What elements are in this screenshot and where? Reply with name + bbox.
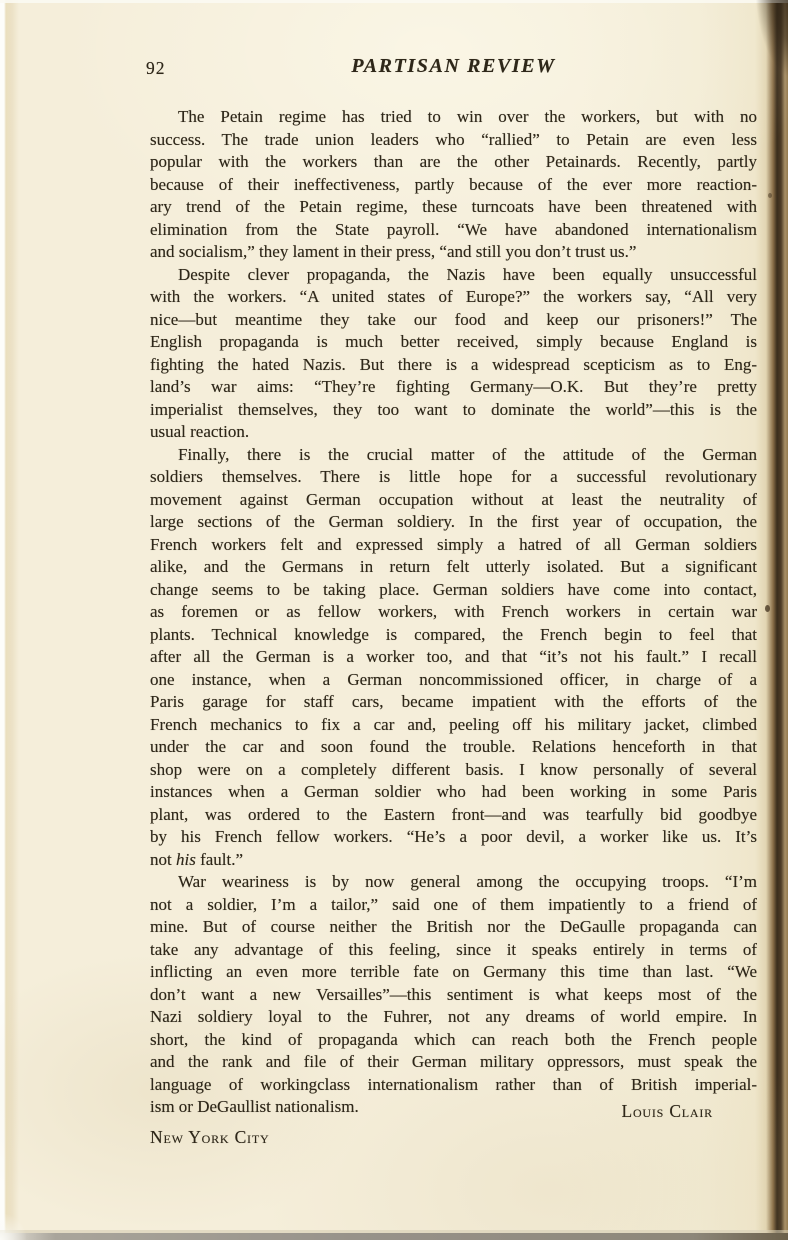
- paragraph-line: one instance, when a German noncommissio…: [150, 669, 757, 692]
- paragraph: The Petain regime has tried to win over …: [150, 106, 757, 264]
- paragraph-line: don’t want a new Versailles”—this sentim…: [150, 984, 757, 1007]
- paragraph-line: Paris garage for staff cars, became impa…: [150, 691, 757, 714]
- paragraph-line: by his French fellow workers. “He’s a po…: [150, 826, 757, 849]
- paragraph-line: elimination from the State payroll. “We …: [150, 219, 757, 242]
- paragraph-line: under the car and soon found the trouble…: [150, 736, 757, 759]
- scan-corner-highlight: [0, 1214, 26, 1240]
- paragraph-line: popular with the workers than are the ot…: [150, 151, 757, 174]
- paragraph-line: War weariness is by now general among th…: [150, 871, 757, 894]
- paragraph-line: Finally, there is the crucial matter of …: [150, 444, 757, 467]
- paragraph-line: change seems to be taking place. German …: [150, 579, 757, 602]
- paragraph: Despite clever propaganda, the Nazis hav…: [150, 264, 757, 444]
- paragraph-line: plants. Technical knowledge is compared,…: [150, 624, 757, 647]
- paragraph-line: plant, was ordered to the Eastern front—…: [150, 804, 757, 827]
- paragraph-line: usual reaction.: [150, 421, 757, 444]
- paragraph-line: English propaganda is much better receiv…: [150, 331, 757, 354]
- paragraph-line: and socialism,” they lament in their pre…: [150, 241, 757, 264]
- paragraph: War weariness is by now general among th…: [150, 871, 757, 1119]
- paragraph-line: take any advantage of this feeling, sinc…: [150, 939, 757, 962]
- page-edge-speck: [768, 193, 772, 198]
- paragraph-line: imperialist themselves, they too want to…: [150, 399, 757, 422]
- paragraph-line: short, the kind of propaganda which can …: [150, 1029, 757, 1052]
- paragraph-line: not his fault.”: [150, 849, 757, 872]
- binding-shadow-corner: [756, 0, 788, 78]
- paragraph-line: because of their ineffectiveness, partly…: [150, 174, 757, 197]
- paragraph-line: large sections of the German soldiery. I…: [150, 511, 757, 534]
- scan-edge-top: [0, 0, 788, 3]
- paragraph-line: instances when a German soldier who had …: [150, 781, 757, 804]
- paragraph-line: as foremen or as fellow workers, with Fr…: [150, 601, 757, 624]
- paragraph-line: not a soldier, I’m a tailor,” said one o…: [150, 894, 757, 917]
- scanned-book-page: 92 PARTISAN REVIEW The Petain regime has…: [0, 0, 788, 1240]
- paragraph-line: fighting the hated Nazis. But there is a…: [150, 354, 757, 377]
- dateline: New York City: [150, 1126, 757, 1149]
- paragraph-line: after all the German is a worker too, an…: [150, 646, 757, 669]
- paragraph-line: movement against German occupation witho…: [150, 489, 757, 512]
- paragraph-line: and the rank and file of their German mi…: [150, 1051, 757, 1074]
- paragraph: Finally, there is the crucial matter of …: [150, 444, 757, 872]
- page-number: 92: [146, 58, 166, 79]
- paragraph-line: ary trend of the Petain regime, these tu…: [150, 196, 757, 219]
- paragraph-line: French mechanics to fix a car and, peeli…: [150, 714, 757, 737]
- paragraph-line: alike, and the Germans in return felt ut…: [150, 556, 757, 579]
- paragraph-line: Nazi soldiery loyal to the Fuhrer, not a…: [150, 1006, 757, 1029]
- running-head: 92 PARTISAN REVIEW: [150, 52, 757, 78]
- article: The Petain regime has tried to win over …: [150, 106, 757, 1149]
- paragraph-line: inflicting an even more terrible fate on…: [150, 961, 757, 984]
- paragraph-line: The Petain regime has tried to win over …: [150, 106, 757, 129]
- paragraph-line: land’s war aims: “They’re fighting Germa…: [150, 376, 757, 399]
- paragraph-line: success. The trade union leaders who “ra…: [150, 129, 757, 152]
- paragraph-line: language of workingclass internationalis…: [150, 1074, 757, 1097]
- scan-edge-bottom: [0, 1233, 788, 1240]
- paragraph-line: shop were on a completely different basi…: [150, 759, 757, 782]
- paragraph-line: nice—but meantime they take our food and…: [150, 309, 757, 332]
- page-edge-speck: [765, 605, 770, 612]
- journal-title: PARTISAN REVIEW: [150, 52, 757, 78]
- paragraph-line: with the workers. “A united states of Eu…: [150, 286, 757, 309]
- paragraph-line: soldiers themselves. There is little hop…: [150, 466, 757, 489]
- paragraph-line: French workers felt and expressed simply…: [150, 534, 757, 557]
- paragraph-line: Despite clever propaganda, the Nazis hav…: [150, 264, 757, 287]
- paragraph-line: mine. But of course neither the British …: [150, 916, 757, 939]
- article-body: The Petain regime has tried to win over …: [150, 106, 757, 1119]
